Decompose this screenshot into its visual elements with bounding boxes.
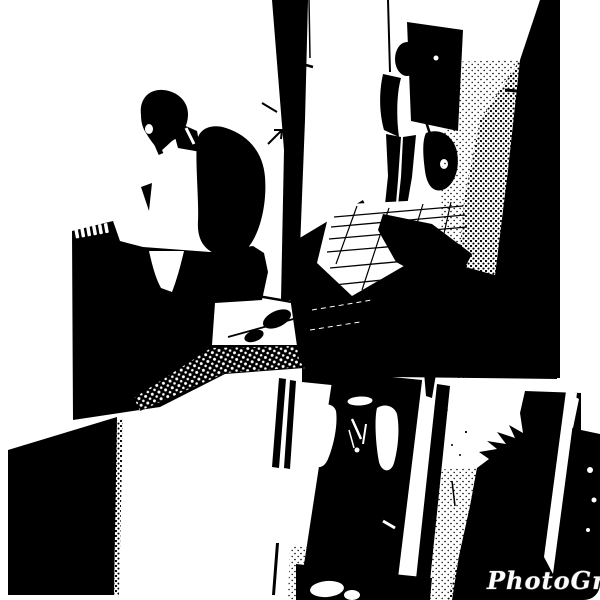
walker-head	[395, 42, 419, 76]
door-peephole	[434, 56, 439, 61]
photogrid-watermark: PhotoGrid	[486, 566, 600, 595]
floor-tile-highlight-2	[344, 590, 360, 600]
face-highlight	[145, 124, 153, 134]
collage-canvas: PhotoGrid	[0, 0, 600, 600]
standing-person-hair	[346, 381, 374, 394]
photogrid-collage: PhotoGrid	[0, 0, 600, 600]
ceiling-corner-line	[309, 0, 310, 58]
